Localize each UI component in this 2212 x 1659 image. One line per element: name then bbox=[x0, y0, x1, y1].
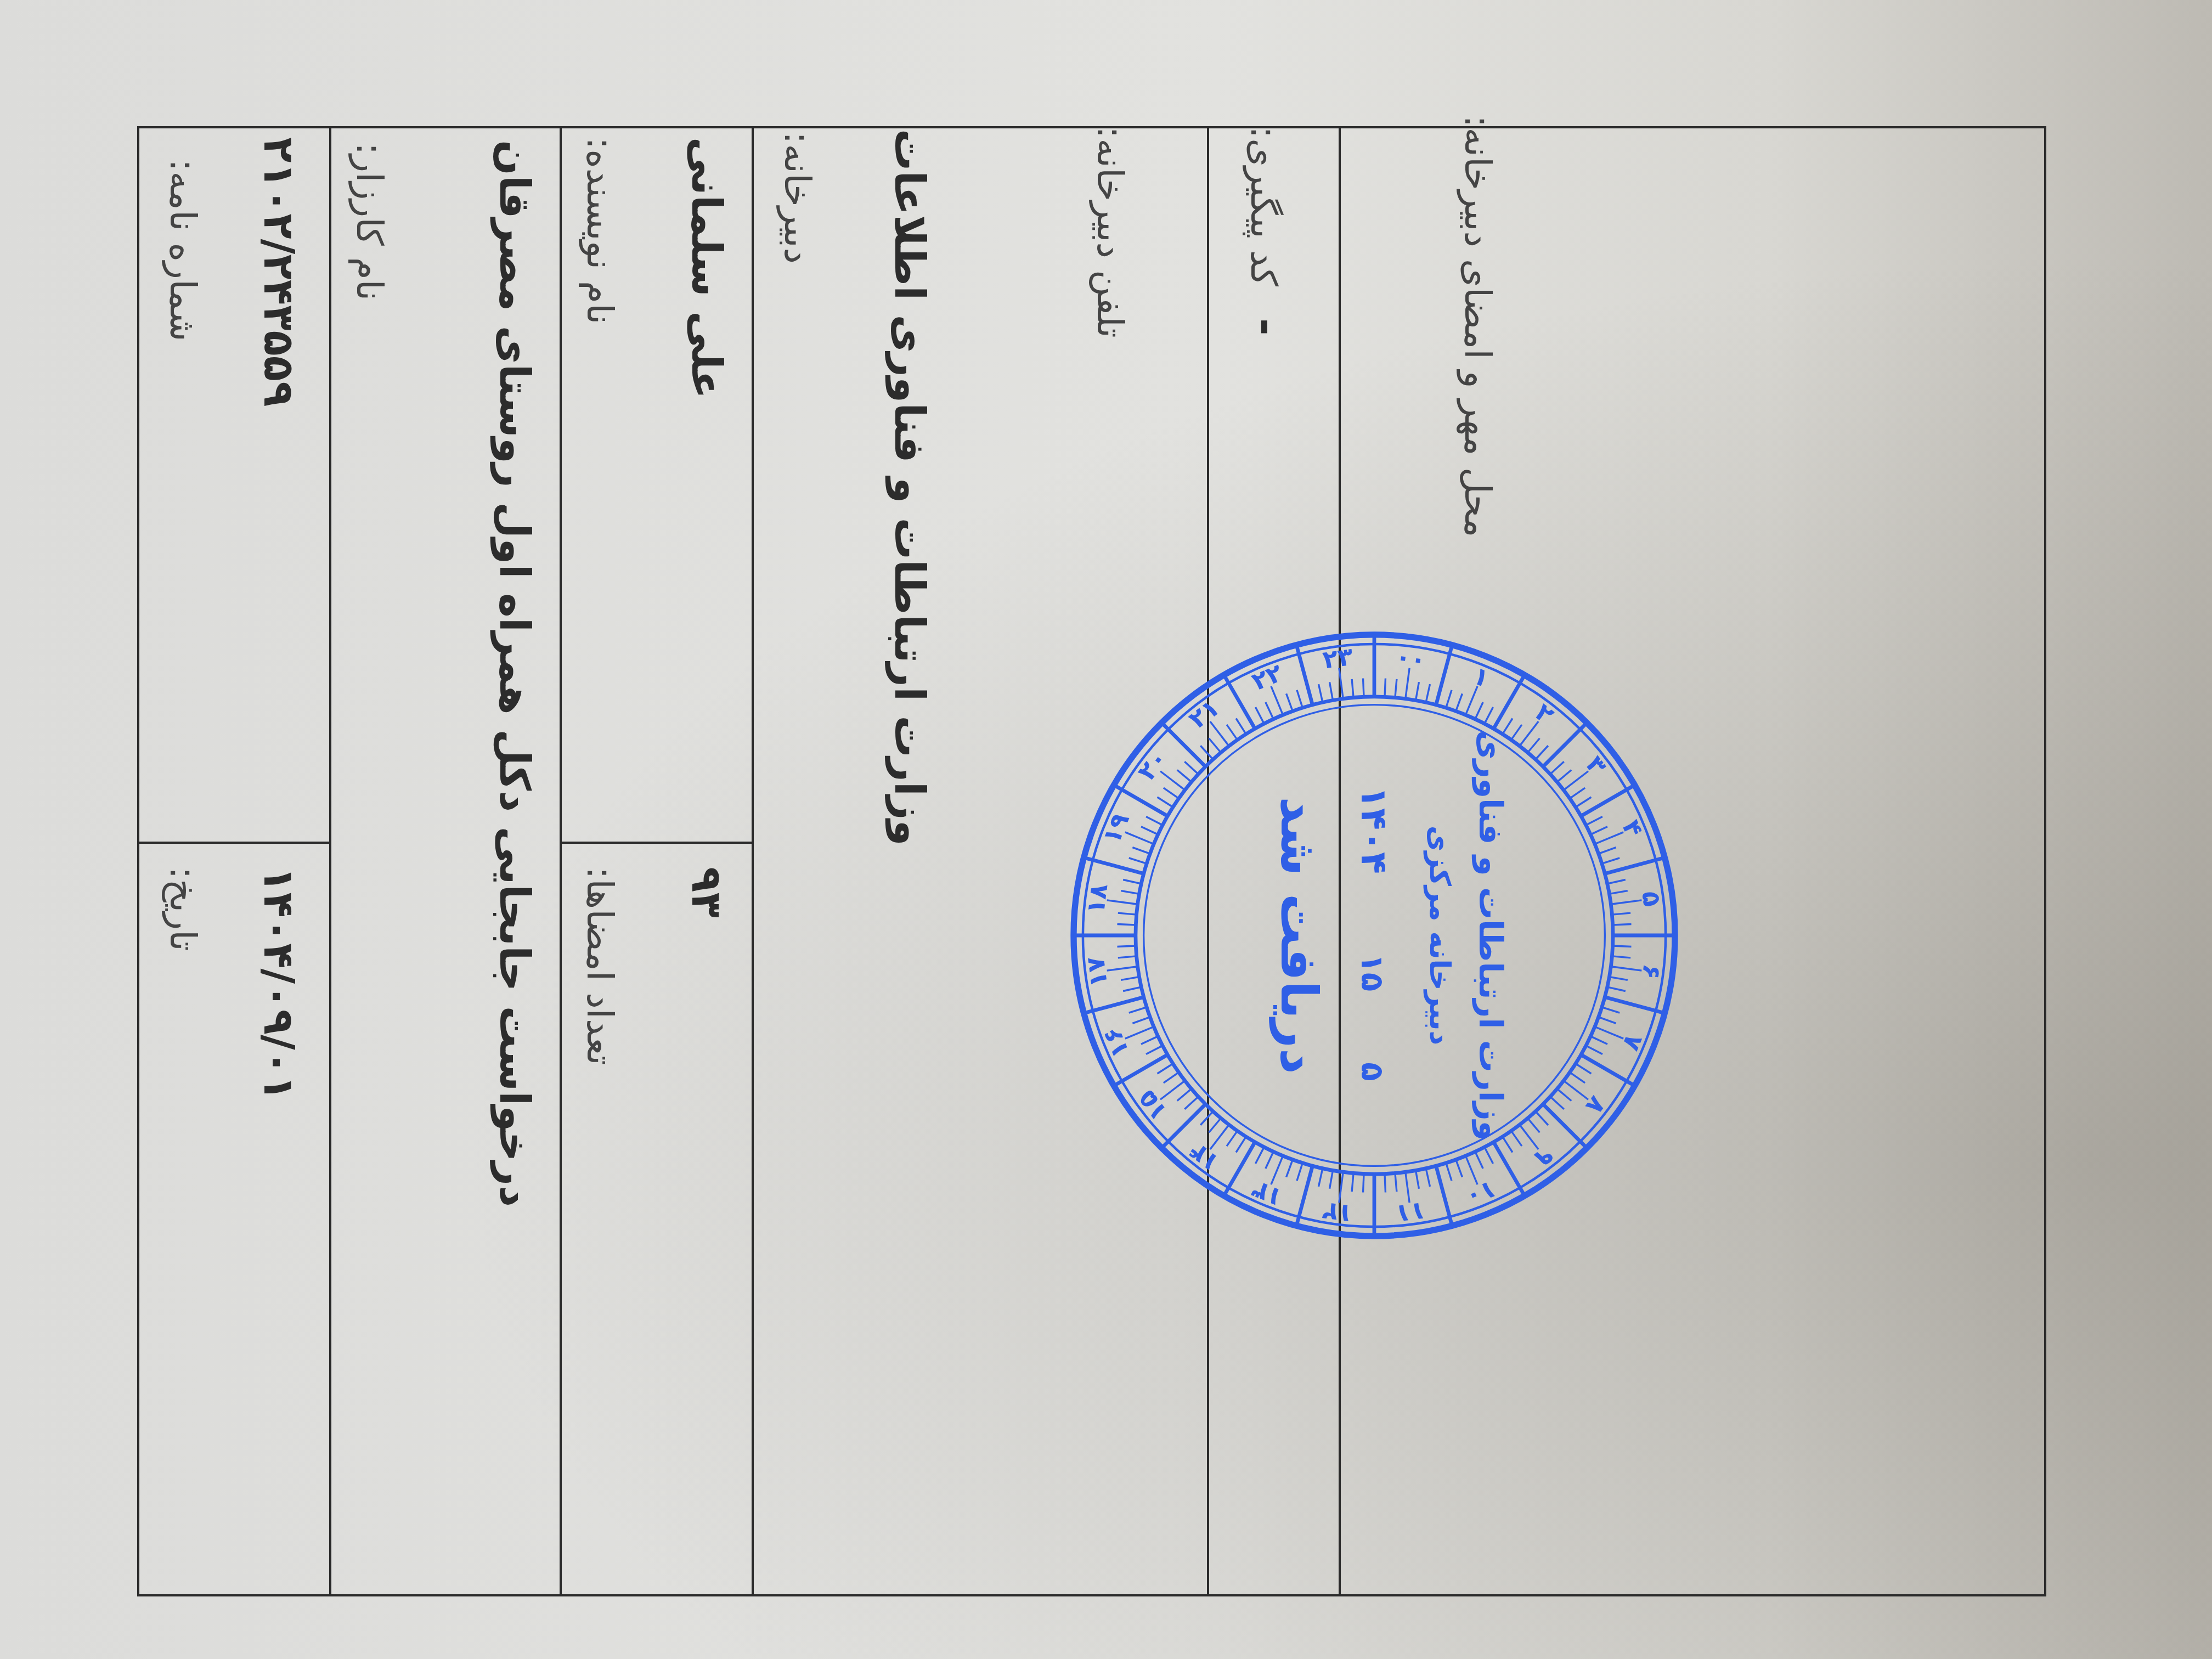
stamp-ministry: وزارت ارتباطات و فناوری bbox=[1471, 730, 1510, 1141]
svg-text:۹: ۹ bbox=[1530, 1141, 1559, 1173]
tracking-code-value: - bbox=[1245, 318, 1287, 336]
stamp-graphic: ۰۰۱۲۳۴۵۶۷۸۹۱۰۱۱۱۲۱۳۱۴۱۵۱۶۱۷۱۸۱۹۲۰۲۱۲۲۲۳ … bbox=[1064, 625, 1684, 1245]
stamp-month: ۵ bbox=[1354, 1062, 1390, 1081]
signature-count-label: تعداد امضاها: bbox=[582, 867, 618, 1065]
svg-text:۶: ۶ bbox=[1636, 962, 1667, 981]
tracking-code-label: کد پیگیری: bbox=[1245, 126, 1282, 286]
svg-text:۱۳: ۱۳ bbox=[1248, 1175, 1286, 1213]
divider-author-count bbox=[562, 842, 754, 844]
svg-text:۱۸: ۱۸ bbox=[1081, 882, 1114, 916]
date-value: ۱۴۰۴/۰۹/۰۱ bbox=[258, 867, 300, 1101]
svg-text:۱: ۱ bbox=[1469, 661, 1494, 693]
svg-text:۱۷: ۱۷ bbox=[1081, 955, 1114, 989]
svg-text:۵: ۵ bbox=[1636, 889, 1667, 908]
stamp-office: دبیرخانه مرکزی bbox=[1423, 826, 1456, 1046]
signature-count-value: ۹۳ bbox=[686, 867, 727, 918]
project-name-label: نام کارزار: bbox=[351, 143, 387, 301]
author-label: نام نویسنده: bbox=[582, 137, 618, 324]
svg-text:۱۹: ۱۹ bbox=[1097, 809, 1135, 848]
svg-text:۰۰: ۰۰ bbox=[1394, 642, 1428, 675]
project-name-value: درخواست جابجایی دکل همراه اول روستای مصر… bbox=[494, 140, 535, 1207]
svg-text:۱۰: ۱۰ bbox=[1462, 1175, 1500, 1213]
svg-text:۸: ۸ bbox=[1580, 1091, 1612, 1120]
stamp-hour: ۱۵ bbox=[1354, 953, 1390, 991]
svg-text:۷: ۷ bbox=[1616, 1030, 1649, 1055]
svg-text:۱۱: ۱۱ bbox=[1394, 1197, 1428, 1229]
stamp-area-label: محل مهر و امضای دبیرخانه: bbox=[1459, 115, 1496, 538]
date-label: تاریخ: bbox=[165, 867, 201, 951]
secretariat-label: دبیرخانه: bbox=[779, 132, 815, 264]
author-value: علی سلمانی bbox=[686, 137, 727, 399]
svg-text:۱۲: ۱۲ bbox=[1321, 1196, 1355, 1229]
received-stamp: ۰۰۱۲۳۴۵۶۷۸۹۱۰۱۱۱۲۱۳۱۴۱۵۱۶۱۷۱۸۱۹۲۰۲۱۲۲۲۳ … bbox=[1064, 625, 1684, 1245]
letter-number-label: شماره نامه: bbox=[165, 159, 201, 341]
stamp-year: ۱۴۰۴ bbox=[1353, 786, 1395, 874]
svg-text:۲: ۲ bbox=[1530, 697, 1559, 730]
svg-text:۴: ۴ bbox=[1616, 816, 1649, 841]
svg-text:۱۶: ۱۶ bbox=[1097, 1023, 1135, 1062]
svg-text:۲۲: ۲۲ bbox=[1248, 658, 1287, 696]
letter-number-value: ۲۱۰۲/۲۴۳۵۵۹ bbox=[258, 137, 300, 407]
secretariat-value: وزارت ارتباطات و فناوری اطلاعات bbox=[889, 129, 930, 846]
divider-letter-date bbox=[139, 842, 331, 844]
svg-text:۲۳: ۲۳ bbox=[1321, 642, 1355, 675]
stamp-status: دریافت شد bbox=[1269, 797, 1329, 1074]
secretariat-phone-label: تلفن دبیرخانه: bbox=[1092, 126, 1128, 338]
svg-text:۳: ۳ bbox=[1580, 751, 1612, 780]
